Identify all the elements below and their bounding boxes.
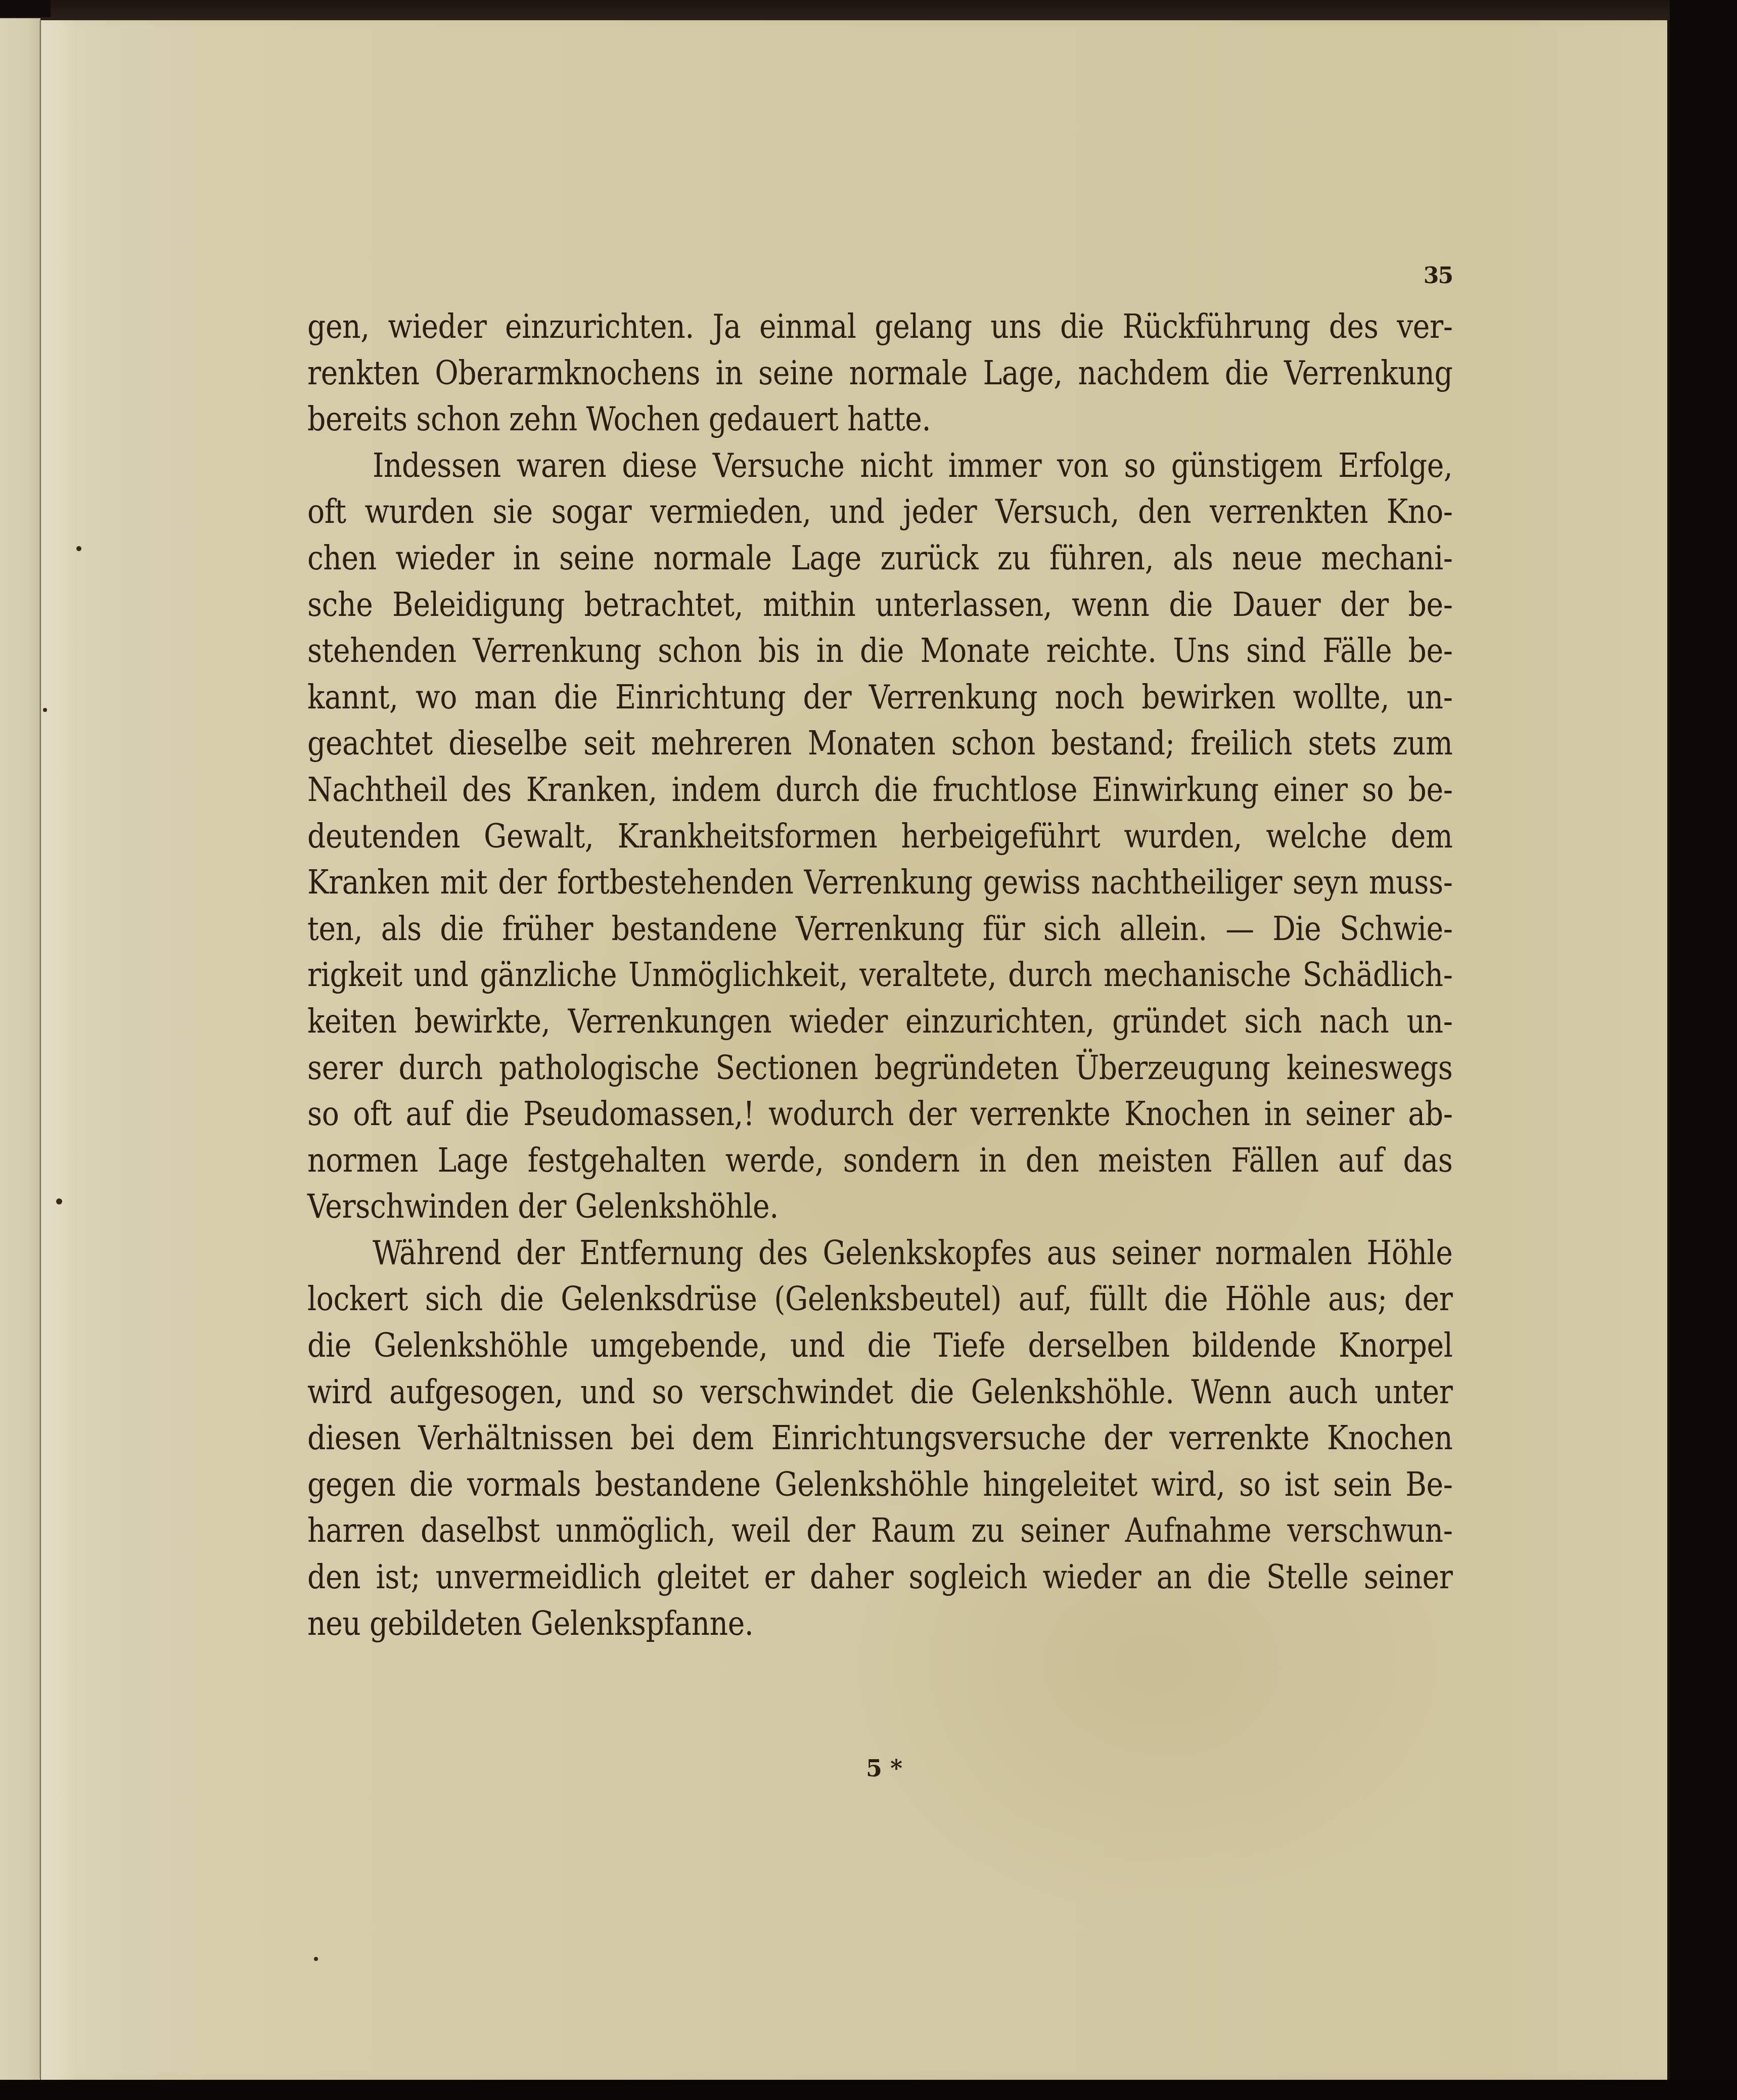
text-line: rigkeit und gänzliche Unmöglichkeit, ver… [307,952,1452,998]
text-line: geachtet dieselbe seit mehreren Monaten … [307,720,1452,767]
paragraph-2: Indessen waren diese Versuche nicht imme… [307,442,1452,1230]
text-line: harren daselbst unmöglich, weil der Raum… [307,1507,1452,1554]
text-line: wird aufgesogen, und so verschwindet die… [307,1369,1452,1415]
binding-frame-top [0,0,1737,20]
text-line: gen, wieder einzurichten. Ja einmal gela… [307,303,1452,350]
binding-cloth-corner [0,0,51,17]
text-line: die Gelenkshöhle umgebende, und die Tief… [307,1322,1452,1369]
text-line: diesen Verhältnissen bei dem Einrichtung… [307,1415,1452,1461]
paper-speck [56,1198,62,1204]
text-line: so oft auf die Pseudomassen,! wodurch de… [307,1091,1452,1137]
text-line: Während der Entfernung des Gelenkskopfes… [307,1230,1452,1276]
text-line: kannt, wo man die Einrichtung der Verren… [307,674,1452,721]
text-line: normen Lage festgehalten werde, sondern … [307,1137,1452,1184]
text-line: gegen die vormals bestandene Gelenkshöhl… [307,1461,1452,1508]
text-line: den ist; unvermeidlich gleitet er daher … [307,1554,1452,1600]
text-line: chen wieder in seine normale Lage zurück… [307,535,1452,582]
text-line: deutenden Gewalt, Krankheitsformen herbe… [307,813,1452,860]
binding-frame-right [1670,0,1737,2100]
text-line: stehenden Verrenkung schon bis in die Mo… [307,628,1452,674]
facing-leaf-edge [0,18,40,2081]
text-line: ten, als die früher bestandene Verrenkun… [307,906,1452,952]
book-page: 35 gen, wieder einzurichten. Ja einmal g… [41,20,1667,2080]
text-line: bereits schon zehn Wochen gedauert hatte… [307,396,1452,442]
text-line: Nachtheil des Kranken, indem durch die f… [307,767,1452,813]
spine-highlight [41,20,76,2080]
paragraph-1: gen, wieder einzurichten. Ja einmal gela… [307,303,1452,442]
paper-speck [76,546,81,551]
text-line: Kranken mit der fortbestehenden Verrenku… [307,859,1452,906]
paragraph-3: Während der Entfernung des Gelenkskopfes… [307,1230,1452,1646]
body-text: gen, wieder einzurichten. Ja einmal gela… [307,303,1452,1646]
text-line: neu gebildeten Gelenkspfanne. [307,1600,1452,1647]
text-line: renkten Oberarmknochens in seine normale… [307,350,1452,396]
text-line: lockert sich die Gelenksdrüse (Gelenksbe… [307,1276,1452,1322]
page-number: 35 [1424,263,1452,289]
text-line: oft wurden sie sogar vermieden, und jede… [307,488,1452,535]
binding-frame-bottom [0,2080,1737,2100]
text-line: Indessen waren diese Versuche nicht imme… [307,442,1452,489]
paper-speck [314,1957,318,1961]
paper-speck [43,708,47,712]
text-line: Verschwinden der Gelenkshöhle. [307,1183,1452,1230]
text-line: sche Beleidigung betrachtet, mithin unte… [307,582,1452,628]
signature-mark: 5 * [866,1755,902,1782]
text-line: serer durch pathologische Sectionen begr… [307,1045,1452,1091]
text-line: keiten bewirkte, Verrenkungen wieder ein… [307,998,1452,1045]
